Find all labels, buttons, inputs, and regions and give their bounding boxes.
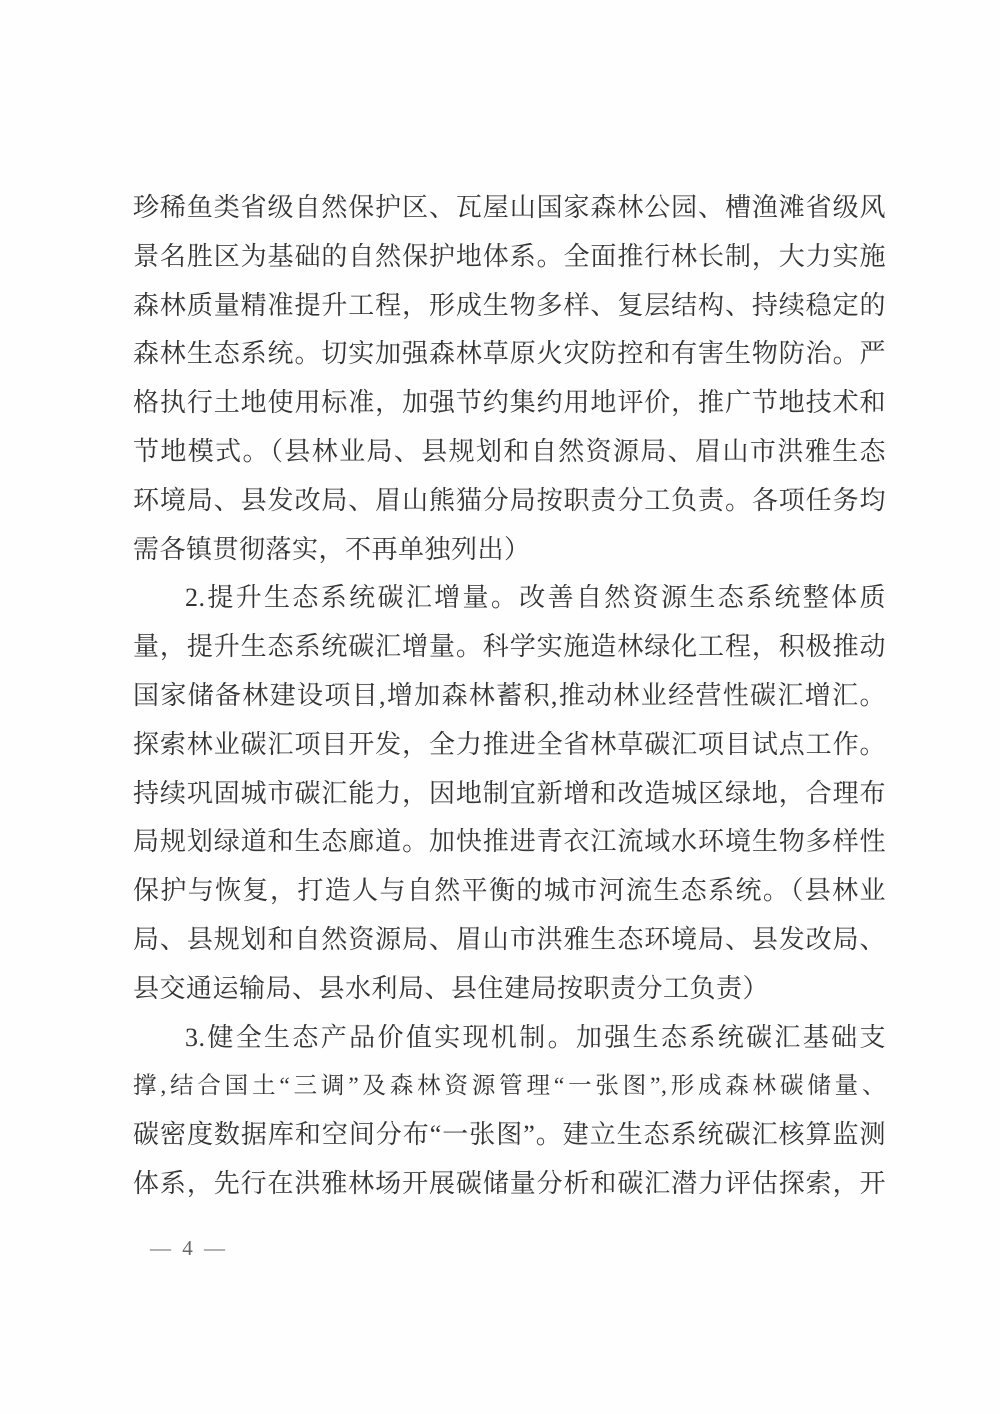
text-line: 节地模式。（县林业局、县规划和自然资源局、眉山市洪雅生态 — [133, 428, 886, 477]
text-line: 撑,结合国土“三调”及森林资源管理“一张图”,形成森林碳储量、 — [133, 1062, 886, 1111]
document-page: 珍稀鱼类省级自然保护区、瓦屋山国家森林公园、槽渔滩省级风 景名胜区为基础的自然保… — [0, 0, 1000, 1414]
text-line: 量，提升生态系统碳汇增量。科学实施造林绿化工程，积极推动 — [133, 623, 886, 672]
text-line: 格执行土地使用标准，加强节约集约用地评价，推广节地技术和 — [133, 379, 886, 428]
text-line: 局规划绿道和生态廊道。加快推进青衣江流域水环境生物多样性 — [133, 818, 886, 867]
text-line: 局、县规划和自然资源局、眉山市洪雅生态环境局、县发改局、 — [133, 916, 886, 965]
text-line-paragraph-3-start: 3.健全生态产品价值实现机制。加强生态系统碳汇基础支 — [133, 1014, 886, 1063]
page-number: — 4 — — [150, 1236, 228, 1261]
text-line: 体系，先行在洪雅林场开展碳储量分析和碳汇潜力评估探索，开 — [133, 1160, 886, 1209]
text-line: 探索林业碳汇项目开发，全力推进全省林草碳汇项目试点工作。 — [133, 721, 886, 770]
text-line: 森林质量精准提升工程，形成生物多样、复层结构、持续稳定的 — [133, 282, 886, 331]
text-line: 环境局、县发改局、眉山熊猫分局按职责分工负责。各项任务均 — [133, 477, 886, 526]
text-line: 持续巩固城市碳汇能力，因地制宜新增和改造城区绿地，合理布 — [133, 770, 886, 819]
text-line: 需各镇贯彻落实，不再单独列出） — [133, 526, 886, 575]
text-line-paragraph-2-start: 2.提升生态系统碳汇增量。改善自然资源生态系统整体质 — [133, 574, 886, 623]
text-line: 国家储备林建设项目,增加森林蓄积,推动林业经营性碳汇增汇。 — [133, 672, 886, 721]
text-line: 保护与恢复，打造人与自然平衡的城市河流生态系统。（县林业 — [133, 867, 886, 916]
text-line: 景名胜区为基础的自然保护地体系。全面推行林长制，大力实施 — [133, 233, 886, 282]
text-line: 森林生态系统。切实加强森林草原火灾防控和有害生物防治。严 — [133, 330, 886, 379]
document-text-block: 珍稀鱼类省级自然保护区、瓦屋山国家森林公园、槽渔滩省级风 景名胜区为基础的自然保… — [133, 184, 886, 1209]
text-line: 珍稀鱼类省级自然保护区、瓦屋山国家森林公园、槽渔滩省级风 — [133, 184, 886, 233]
text-line: 碳密度数据库和空间分布“一张图”。建立生态系统碳汇核算监测 — [133, 1111, 886, 1160]
text-line: 县交通运输局、县水利局、县住建局按职责分工负责） — [133, 965, 886, 1014]
